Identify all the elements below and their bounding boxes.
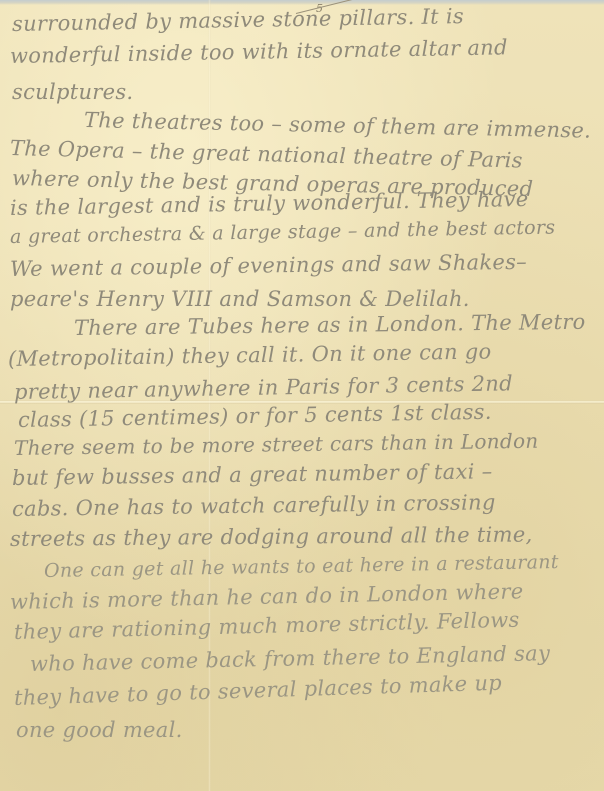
handwritten-line: they are rationing much more strictly. F… [14, 608, 520, 644]
letter-page: 5 surrounded by massive stone pillars. I… [0, 0, 604, 791]
handwritten-line: but few busses and a great number of tax… [12, 459, 493, 490]
handwritten-line: wonderful inside too with its ornate alt… [10, 35, 508, 68]
handwritten-line: one good meal. [16, 718, 183, 742]
handwritten-line: There are Tubes here as in London. The M… [74, 310, 586, 340]
handwritten-line: is the largest and is truly wonderful. T… [10, 187, 529, 220]
handwritten-line: streets as they are dodging around all t… [10, 522, 533, 551]
handwritten-line: There seem to be more street cars than i… [14, 429, 539, 460]
handwritten-line: cabs. One has to watch carefully in cros… [12, 490, 496, 521]
handwritten-line: We went a couple of evenings and saw Sha… [10, 250, 527, 281]
handwritten-line: sculptures. [12, 80, 133, 104]
handwritten-line: One can get all he wants to eat here in … [44, 551, 559, 582]
handwritten-line: class (15 centimes) or for 5 cents 1st c… [18, 400, 492, 432]
handwritten-line: a great orchestra & a large stage – and … [10, 216, 556, 248]
handwritten-line: surrounded by massive stone pillars. It … [12, 4, 464, 36]
handwritten-line: The theatres too – some of them are imme… [84, 108, 592, 143]
handwritten-line: they have to go to several places to mak… [14, 671, 503, 710]
handwritten-line: (Metropolitain) they call it. On it one … [8, 339, 492, 371]
handwritten-line: peare's Henry VIII and Samson & Delilah. [10, 287, 470, 311]
paper-top-edge [0, 0, 604, 5]
